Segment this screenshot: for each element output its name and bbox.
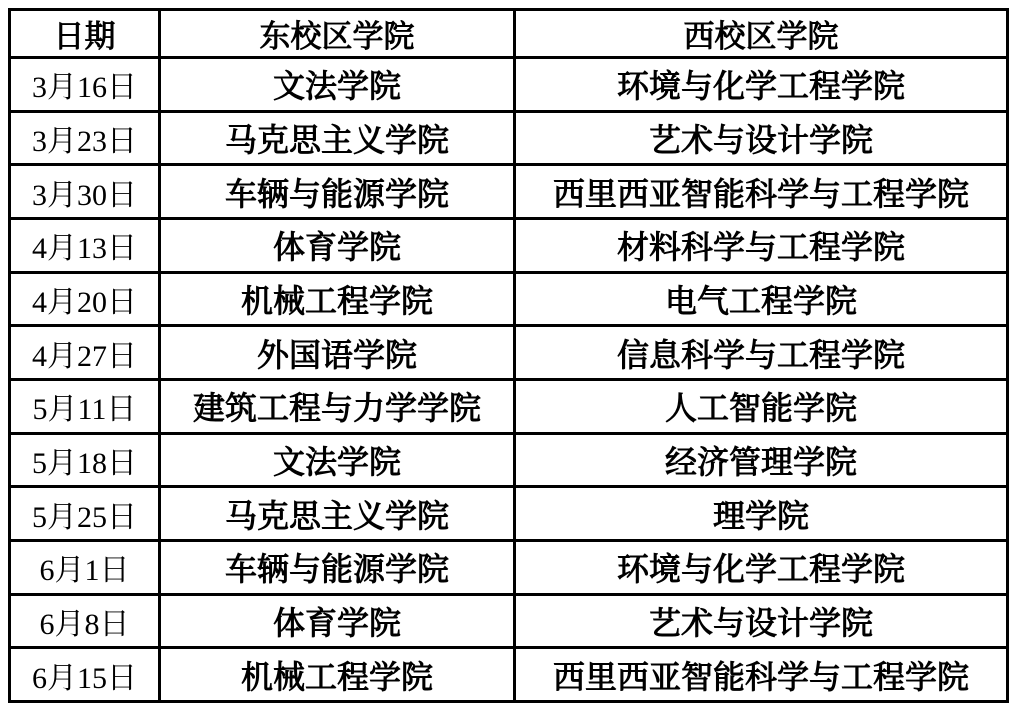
east-college-cell: 机械工程学院 — [160, 272, 515, 326]
header-date: 日期 — [10, 10, 160, 58]
east-college-cell: 机械工程学院 — [160, 648, 515, 702]
date-cell: 3月23日 — [10, 111, 160, 165]
date-cell: 4月20日 — [10, 272, 160, 326]
schedule-table: 日期 东校区学院 西校区学院 3月16日 文法学院 环境与化学工程学院 3月23… — [8, 8, 1009, 703]
table-row: 4月27日 外国语学院 信息科学与工程学院 — [10, 326, 1008, 380]
east-college-cell: 文法学院 — [160, 58, 515, 112]
east-college-cell: 马克思主义学院 — [160, 111, 515, 165]
table-row: 5月18日 文法学院 经济管理学院 — [10, 433, 1008, 487]
table-row: 4月13日 体育学院 材料科学与工程学院 — [10, 218, 1008, 272]
page: 日期 东校区学院 西校区学院 3月16日 文法学院 环境与化学工程学院 3月23… — [0, 0, 1014, 710]
west-college-cell: 西里西亚智能科学与工程学院 — [515, 648, 1008, 702]
west-college-cell: 经济管理学院 — [515, 433, 1008, 487]
date-cell: 5月11日 — [10, 379, 160, 433]
west-college-cell: 电气工程学院 — [515, 272, 1008, 326]
header-west-campus: 西校区学院 — [515, 10, 1008, 58]
east-college-cell: 体育学院 — [160, 594, 515, 648]
east-college-cell: 外国语学院 — [160, 326, 515, 380]
west-college-cell: 环境与化学工程学院 — [515, 58, 1008, 112]
header-row: 日期 东校区学院 西校区学院 — [10, 10, 1008, 58]
date-cell: 4月27日 — [10, 326, 160, 380]
table-row: 4月20日 机械工程学院 电气工程学院 — [10, 272, 1008, 326]
west-college-cell: 人工智能学院 — [515, 379, 1008, 433]
west-college-cell: 环境与化学工程学院 — [515, 540, 1008, 594]
table-row: 5月11日 建筑工程与力学学院 人工智能学院 — [10, 379, 1008, 433]
west-college-cell: 艺术与设计学院 — [515, 111, 1008, 165]
date-cell: 6月1日 — [10, 540, 160, 594]
table-row: 6月15日 机械工程学院 西里西亚智能科学与工程学院 — [10, 648, 1008, 702]
east-college-cell: 文法学院 — [160, 433, 515, 487]
table-row: 6月8日 体育学院 艺术与设计学院 — [10, 594, 1008, 648]
table-row: 3月30日 车辆与能源学院 西里西亚智能科学与工程学院 — [10, 165, 1008, 219]
date-cell: 6月15日 — [10, 648, 160, 702]
east-college-cell: 体育学院 — [160, 218, 515, 272]
header-east-campus: 东校区学院 — [160, 10, 515, 58]
table-row: 3月16日 文法学院 环境与化学工程学院 — [10, 58, 1008, 112]
date-cell: 4月13日 — [10, 218, 160, 272]
date-cell: 3月30日 — [10, 165, 160, 219]
date-cell: 5月25日 — [10, 487, 160, 541]
table-row: 3月23日 马克思主义学院 艺术与设计学院 — [10, 111, 1008, 165]
table-row: 6月1日 车辆与能源学院 环境与化学工程学院 — [10, 540, 1008, 594]
east-college-cell: 车辆与能源学院 — [160, 540, 515, 594]
date-cell: 5月18日 — [10, 433, 160, 487]
date-cell: 3月16日 — [10, 58, 160, 112]
west-college-cell: 信息科学与工程学院 — [515, 326, 1008, 380]
east-college-cell: 建筑工程与力学学院 — [160, 379, 515, 433]
west-college-cell: 理学院 — [515, 487, 1008, 541]
east-college-cell: 车辆与能源学院 — [160, 165, 515, 219]
west-college-cell: 艺术与设计学院 — [515, 594, 1008, 648]
east-college-cell: 马克思主义学院 — [160, 487, 515, 541]
table-row: 5月25日 马克思主义学院 理学院 — [10, 487, 1008, 541]
date-cell: 6月8日 — [10, 594, 160, 648]
west-college-cell: 西里西亚智能科学与工程学院 — [515, 165, 1008, 219]
west-college-cell: 材料科学与工程学院 — [515, 218, 1008, 272]
